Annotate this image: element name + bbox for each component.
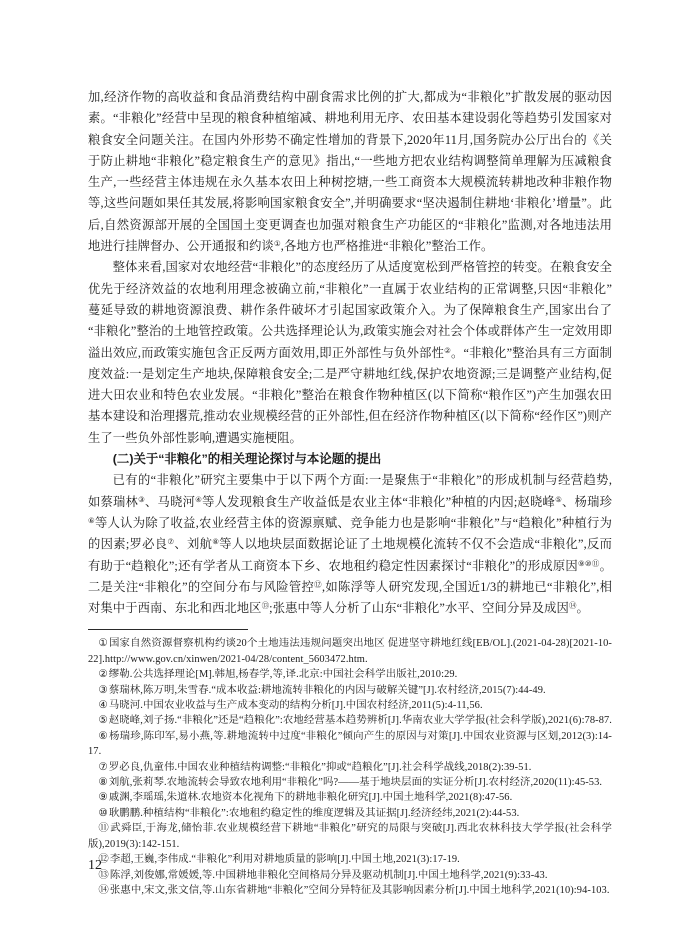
page-content: 加,经济作物的高收益和食品消费结构中副食需求比例的扩大,都成为“非粮化”扩散发展…: [88, 87, 612, 898]
footnote-item: ⑩耿鹏鹏.种植结构“非粮化”:农地租约稳定性的维度逻辑及其证据[J].经济经纬,…: [88, 806, 612, 821]
footnote-text: 国家自然资源督察机构约谈20个土地违法违规问题突出地区 促进坚守耕地红线[EB/…: [88, 638, 612, 664]
footnote-text: 赵晓峰,刘子扬.“非粮化”还是“趋粮化”:农地经营基本趋势辨析[J].华南农业大…: [109, 715, 612, 726]
footnote-item: ⑤赵晓峰,刘子扬.“非粮化”还是“趋粮化”:农地经营基本趋势辨析[J].华南农业…: [88, 713, 612, 728]
footnote-text: 缪勒.公共选择理论[M].韩旭,杨春学,等,译.北京:中国社会科学出版社,201…: [109, 669, 458, 680]
section-heading: (二)关于“非粮化”的相关理论探讨与本论题的提出: [88, 449, 612, 470]
footnote-list: ①国家自然资源督察机构约谈20个土地违法违规问题突出地区 促进坚守耕地红线[EB…: [88, 636, 612, 898]
footnote-text: 张惠中,宋文,张文信,等.山东省耕地“非粮化”空间分异特征及其影响因素分析[J]…: [110, 885, 610, 896]
footnote-text: 刘航,张莉琴.农地流转会导致农地利用“非粮化”吗?——基于地块层面的实证分析[J…: [109, 777, 602, 788]
footnote-item: ⑦罗必良,仇童伟.中国农业种植结构调整:“非粮化”抑或“趋粮化”[J].社会科学…: [88, 760, 612, 775]
footnote-item: ②缪勒.公共选择理论[M].韩旭,杨春学,等,译.北京:中国社会科学出版社,20…: [88, 667, 612, 682]
footnote-ref: ②: [444, 346, 451, 355]
page-number: 12: [88, 858, 102, 874]
footnote-item: ③蔡瑞林,陈万明,朱雪春.“成本收益:耕地流转非粮化的内因与破解关键”[J].农…: [88, 683, 612, 698]
footnote-text: 李超,王巍,李伟成.“非粮化”利用对耕地质量的影响[J].中国土地,2021(3…: [110, 854, 460, 865]
footnote-marker: ⑩: [98, 808, 107, 819]
footnote-item: ⑨戚渊,李瑶瑶,朱道林.农地资本化视角下的耕地非粮化研究[J].中国土地科学,2…: [88, 790, 612, 805]
footnote-text: 武舜臣,于海龙,储怡菲.农业规模经营下耕地“非粮化”研究的局限与突破[J].西北…: [88, 823, 612, 849]
footnote-ref: ⑨⑩⑪: [578, 559, 600, 568]
footnote-marker: ⑧: [98, 777, 107, 788]
footnote-item: ④马晓河.中国农业收益与生产成本变动的结构分析[J].中国农村经济,2011(5…: [88, 698, 612, 713]
paragraph: 整体来看,国家对农地经营“非粮化”的态度经历了从适度宽松到严格管控的转变。在粮食…: [88, 257, 612, 449]
footnote-marker: ④: [98, 700, 107, 711]
footnote-separator: [88, 629, 248, 630]
footnote-ref: ⑤: [555, 495, 562, 504]
footnote-text: 耿鹏鹏.种植结构“非粮化”:农地租约稳定性的维度逻辑及其证据[J].经济经纬,2…: [109, 808, 520, 819]
footnote-item: ⑪武舜臣,于海龙,储怡菲.农业规模经营下耕地“非粮化”研究的局限与突破[J].西…: [88, 821, 612, 852]
footnote-ref: ⑫: [314, 580, 322, 589]
paragraph: 加,经济作物的高收益和食品消费结构中副食需求比例的扩大,都成为“非粮化”扩散发展…: [88, 87, 612, 257]
footnote-item: ⑫李超,王巍,李伟成.“非粮化”利用对耕地质量的影响[J].中国土地,2021(…: [88, 852, 612, 867]
footnote-text: 杨瑞珍,陈印军,易小燕,等.耕地流转中过度“非粮化”倾向产生的原因与对策[J].…: [88, 731, 612, 757]
footnote-marker: ⑤: [98, 715, 107, 726]
footnote-marker: ⑨: [98, 792, 107, 803]
footnote-marker: ⑦: [98, 762, 107, 773]
footnote-marker: ①: [98, 638, 108, 649]
footnote-item: ⑧刘航,张莉琴.农地流转会导致农地利用“非粮化”吗?——基于地块层面的实证分析[…: [88, 775, 612, 790]
footnote-ref: ⑧: [212, 537, 219, 546]
footnote-text: 马晓河.中国农业收益与生产成本变动的结构分析[J].中国农村经济,2011(5)…: [109, 700, 483, 711]
footnote-ref: ⑬: [262, 601, 270, 610]
footnote-marker: ⑪: [98, 823, 109, 834]
footnote-ref: ⑭: [569, 601, 577, 610]
footnote-text: 蔡瑞林,陈万明,朱雪春.“成本收益:耕地流转非粮化的内因与破解关键”[J].农村…: [109, 685, 546, 696]
footnote-item: ⑥杨瑞珍,陈印军,易小燕,等.耕地流转中过度“非粮化”倾向产生的原因与对策[J]…: [88, 729, 612, 760]
footnote-ref: ①: [274, 239, 281, 248]
article-body: 加,经济作物的高收益和食品消费结构中副食需求比例的扩大,都成为“非粮化”扩散发展…: [88, 87, 612, 619]
footnote-item: ⑭张惠中,宋文,张文信,等.山东省耕地“非粮化”空间分异特征及其影响因素分析[J…: [88, 883, 612, 898]
footnote-text: 罗必良,仇童伟.中国农业种植结构调整:“非粮化”抑或“趋粮化”[J].社会科学战…: [109, 762, 532, 773]
footnote-item: ⑬陈浮,刘俊娜,常媛媛,等.中国耕地非粮化空间格局分异及驱动机制[J].中国土地…: [88, 868, 612, 883]
paragraph: 已有的“非粮化”研究主要集中于以下两个方面:一是聚焦于“非粮化”的形成机制与经营…: [88, 470, 612, 619]
footnote-text: 戚渊,李瑶瑶,朱道林.农地资本化视角下的耕地非粮化研究[J].中国土地科学,20…: [109, 792, 513, 803]
footnote-ref: ⑥: [88, 516, 95, 525]
footnote-marker: ③: [98, 685, 107, 696]
footnote-ref: ③: [138, 495, 145, 504]
footnote-item: ①国家自然资源督察机构约谈20个土地违法违规问题突出地区 促进坚守耕地红线[EB…: [88, 636, 612, 667]
document-page: 加,经济作物的高收益和食品消费结构中副食需求比例的扩大,都成为“非粮化”扩散发展…: [0, 0, 700, 943]
footnote-marker: ⑥: [98, 731, 108, 742]
footnote-text: 陈浮,刘俊娜,常媛媛,等.中国耕地非粮化空间格局分异及驱动机制[J].中国土地科…: [110, 870, 548, 881]
footnote-marker: ②: [98, 669, 107, 680]
footnote-ref: ④: [195, 495, 202, 504]
footnote-marker: ⑭: [98, 885, 109, 896]
footnote-ref: ⑦: [167, 537, 174, 546]
